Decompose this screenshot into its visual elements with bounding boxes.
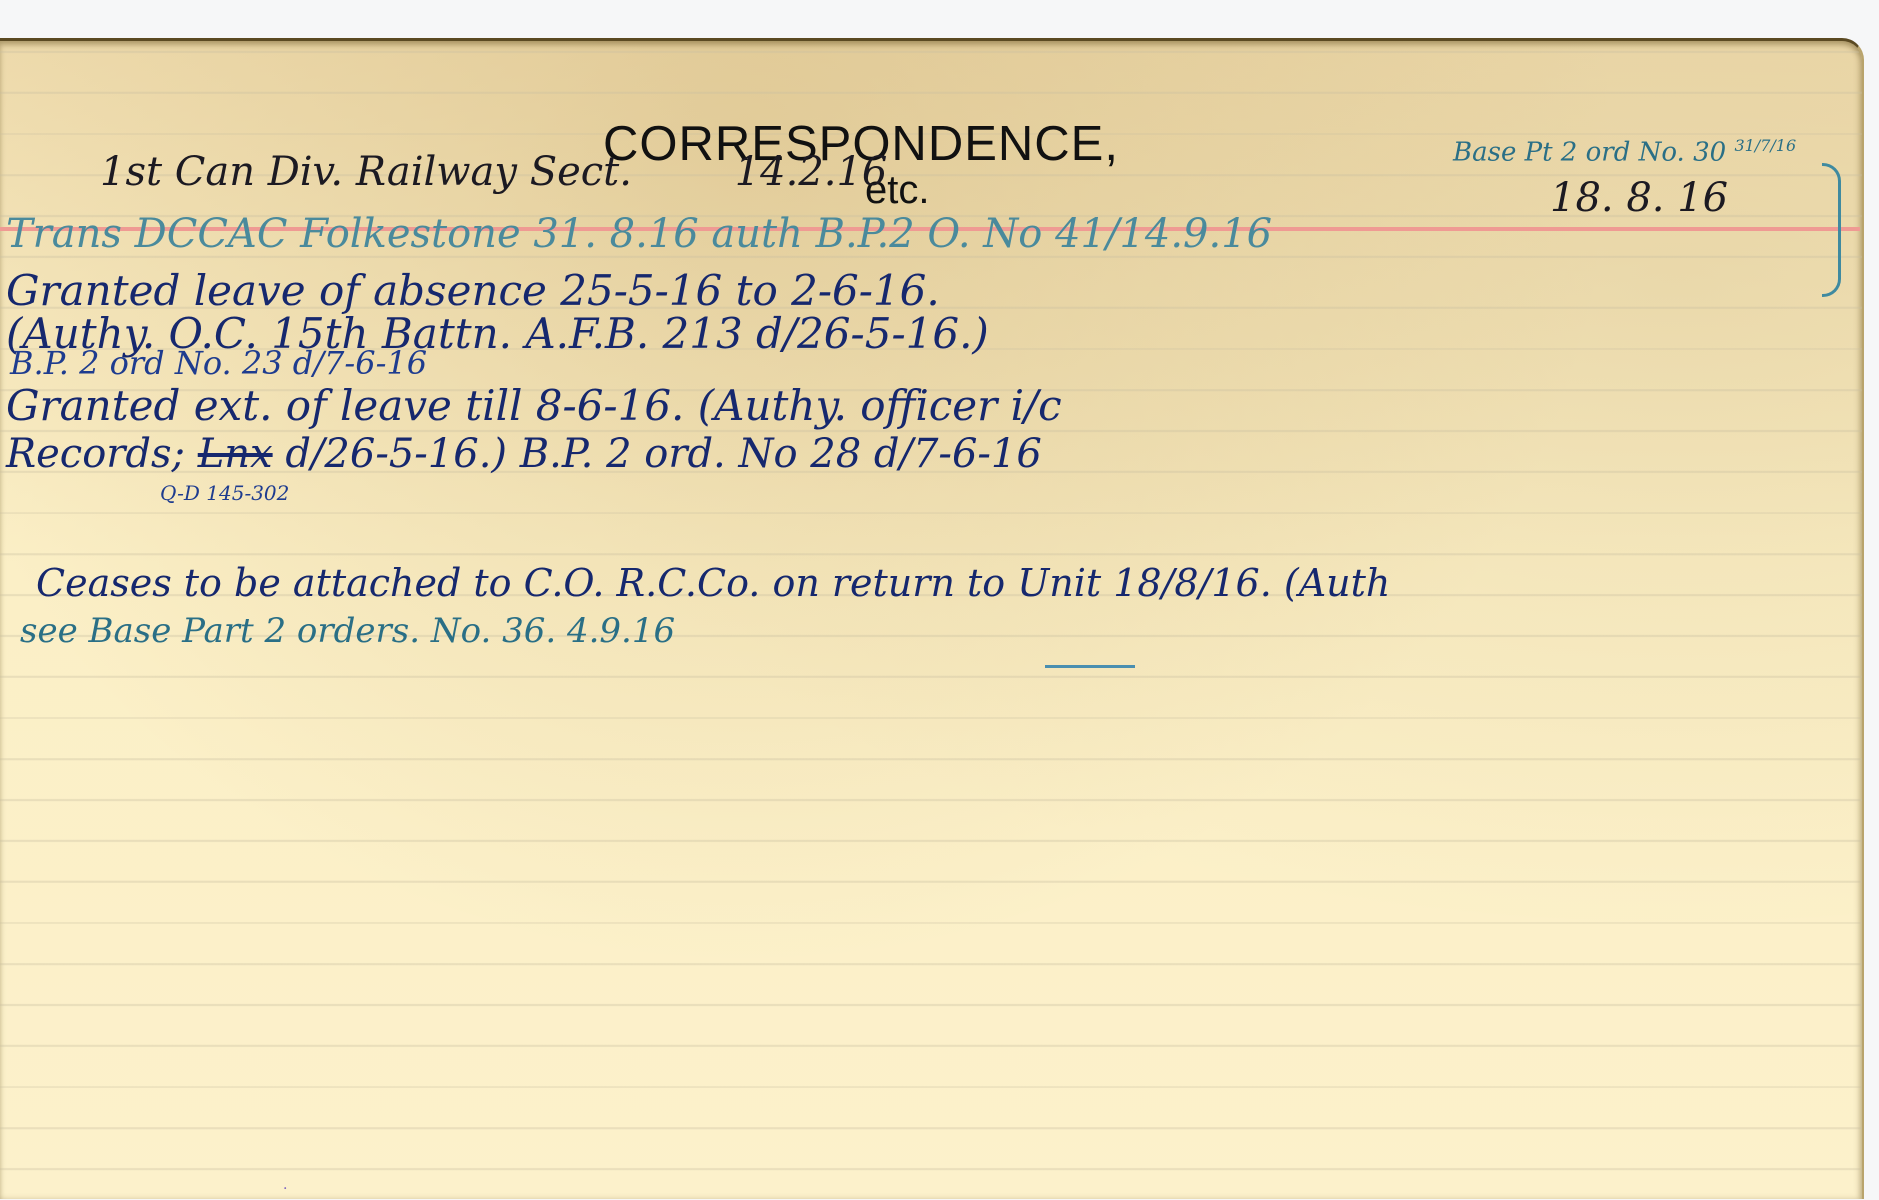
entry-transfer: Trans DCCAC Folkestone 31. 8.16 auth B.P… xyxy=(6,211,1272,257)
entry-unit: 1st Can Div. Railway Sect. 14.2.16 xyxy=(100,149,887,195)
entry-records: Records; Lnx d/26-5-16.) B.P. 2 ord. No … xyxy=(6,431,1042,477)
entry-qd-reference: Q-D 145-302 xyxy=(160,481,289,505)
ink-speck: · xyxy=(283,1181,287,1197)
entry-ceases-attached: Ceases to be attached to C.O. R.C.Co. on… xyxy=(36,561,1390,605)
entry-unit-text: 1st Can Div. Railway Sect. xyxy=(100,149,632,195)
record-card: CORRESPONDENCE, etc. 1st Can Div. Railwa… xyxy=(0,38,1864,1199)
entry-base-part2-orders: see Base Part 2 orders. No. 36. 4.9.16 xyxy=(20,611,675,651)
entry-bp-order-23: B.P. 2 ord No. 23 d/7-6-16 xyxy=(10,344,427,382)
base-order-text: Base Pt 2 ord No. 30 xyxy=(1453,138,1726,168)
base-order-superscript: 31/7/16 xyxy=(1734,136,1796,155)
entry-date-right: 18. 8. 16 xyxy=(1550,175,1728,221)
struck-word: Lnx xyxy=(198,431,273,477)
records-rest: d/26-5-16.) B.P. 2 ord. No 28 d/7-6-16 xyxy=(285,431,1041,477)
entry-leave-granted: Granted leave of absence 25-5-16 to 2-6-… xyxy=(6,266,940,315)
records-text: Records; xyxy=(6,431,185,477)
entry-base-order-note: Base Pt 2 ord No. 30 31/7/16 xyxy=(1453,136,1796,168)
entry-leave-extension: Granted ext. of leave till 8-6-16. (Auth… xyxy=(6,381,1062,430)
bracket-mark xyxy=(1822,163,1841,297)
closing-dash xyxy=(1045,665,1135,668)
entry-unit-date: 14.2.16 xyxy=(735,149,888,195)
